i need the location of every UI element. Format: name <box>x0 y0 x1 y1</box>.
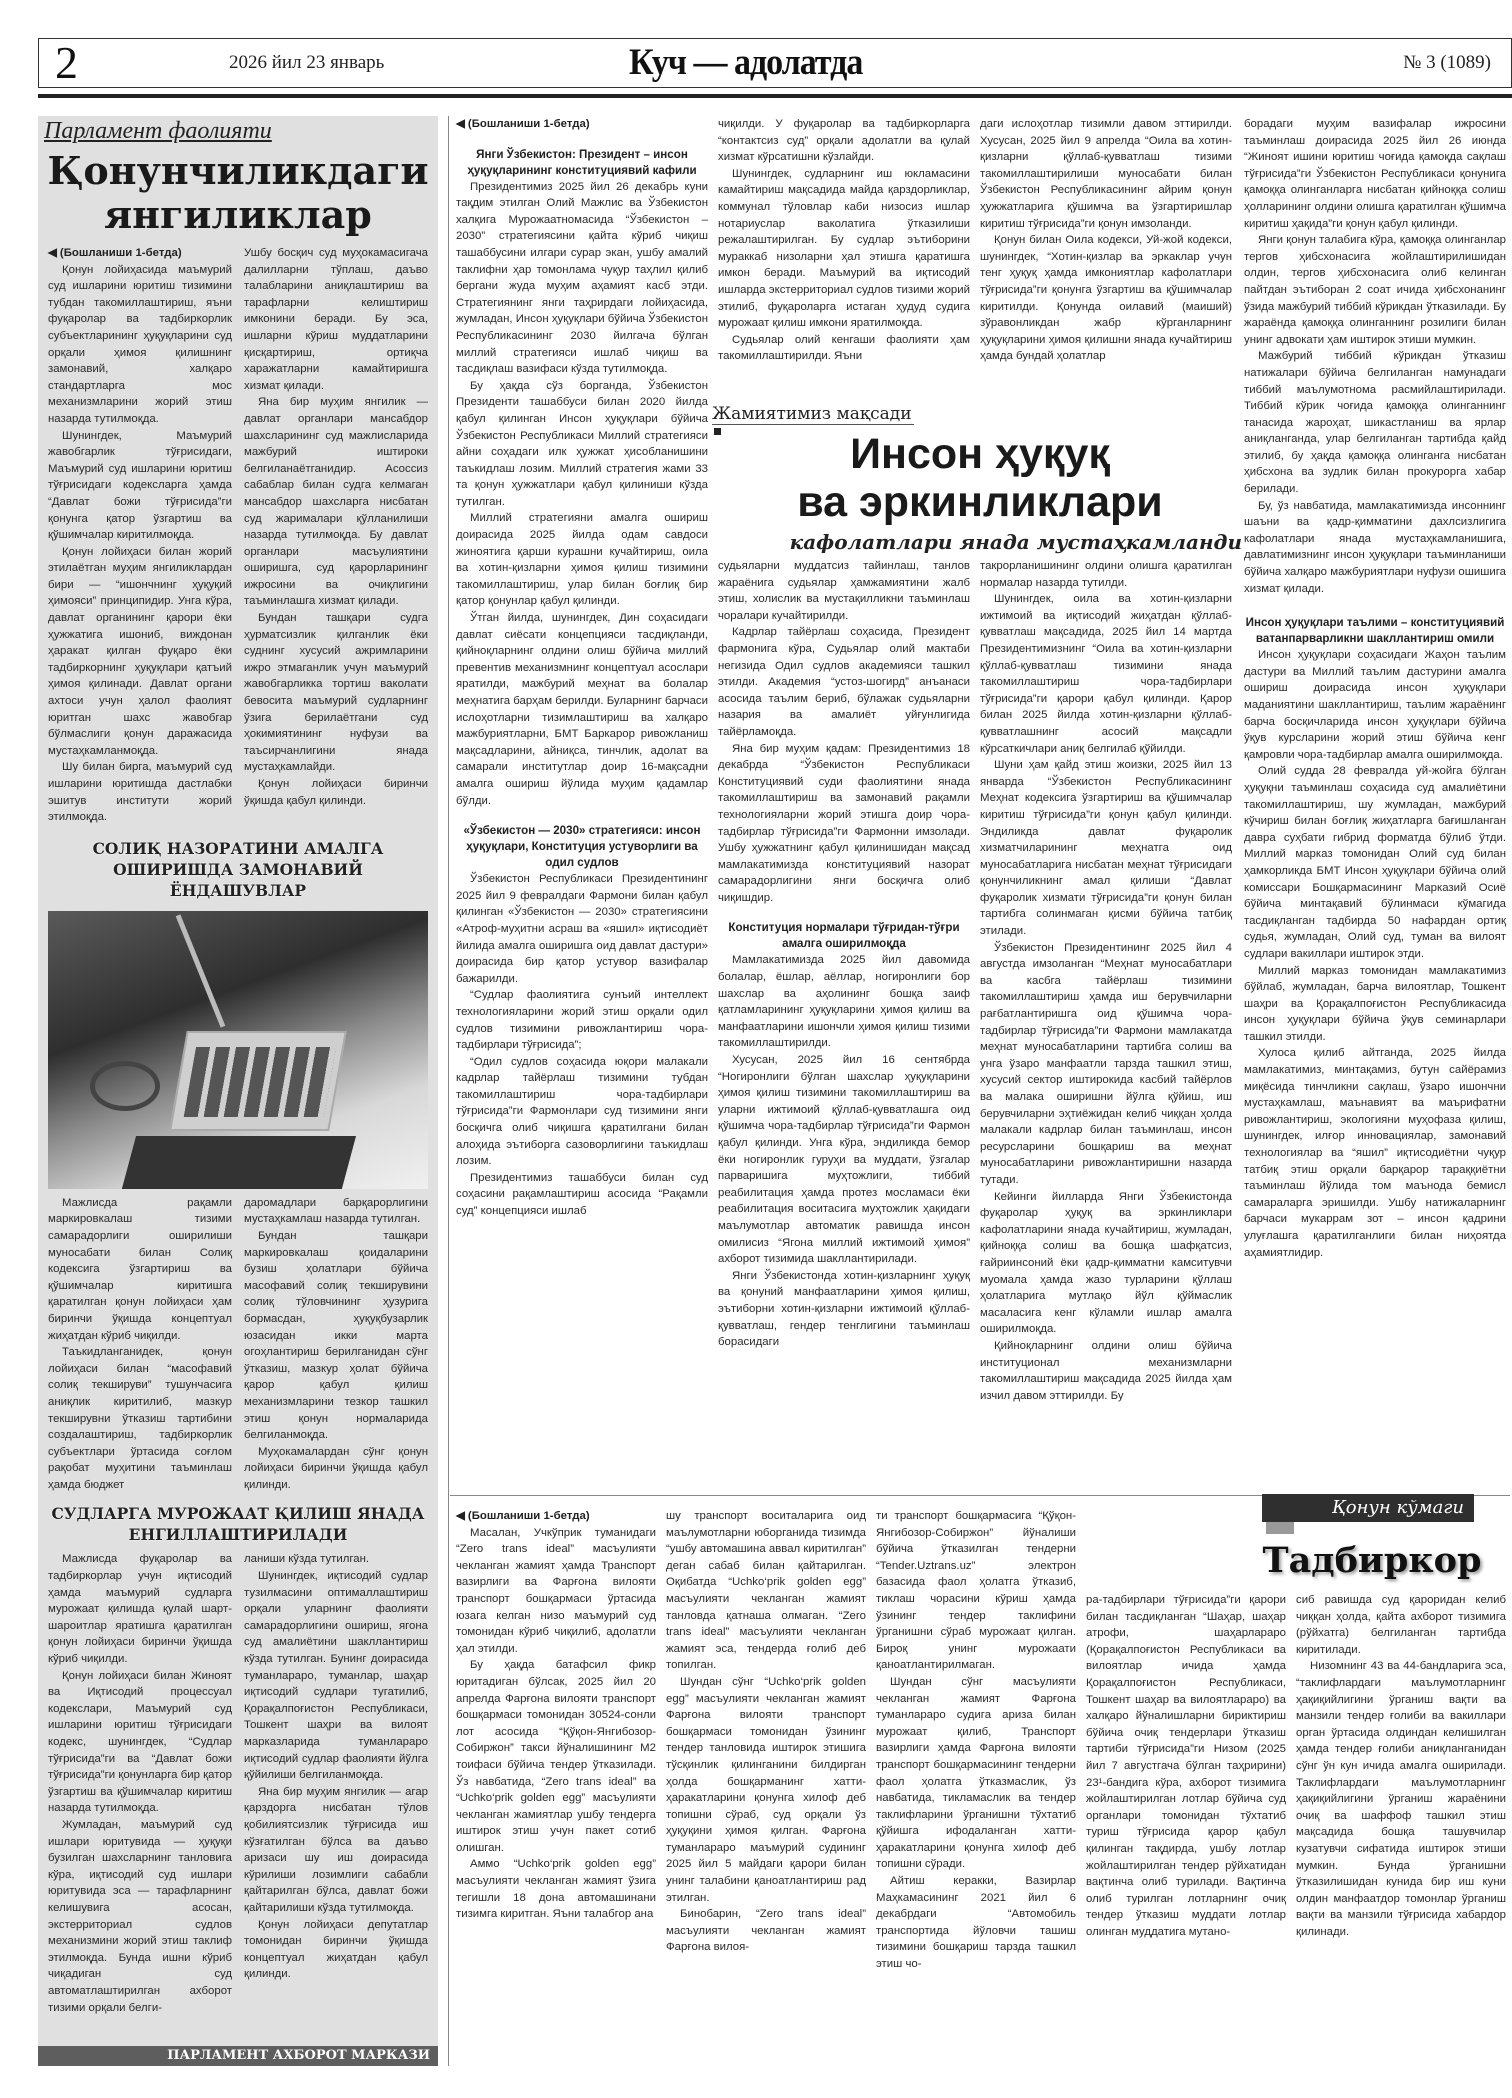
calculator-photo <box>48 911 428 1189</box>
paragraph: Янги қонун талабига кўра, қамоққа олинга… <box>1244 232 1506 348</box>
rubric-headline: Тадбиркор <box>1262 1540 1482 1581</box>
paragraph: Қийноқларнинг олдини олиш бўйича институ… <box>980 1338 1232 1404</box>
source-credit: ПАРЛАМЕНТ АХБОРОТ МАРКАЗИ <box>38 2046 438 2066</box>
parliament-section: Парламент фаолияти Қонунчиликдаги янгили… <box>38 116 438 2066</box>
main-subheadline: кафолатлари янада мустаҳкамланди <box>712 530 1242 554</box>
paragraph: Жумладан, маъмурий суд ишлари юритувида … <box>48 1817 232 2016</box>
paragraph: Масалан, Учкўприк туманидаги “Zero trans… <box>456 1525 656 1658</box>
main-column-c-bottom: такрорланишининг олдини олишга қаратилга… <box>980 558 1232 1404</box>
paragraph: Мажбурий тиббий кўрикдан ўтказиш натижал… <box>1244 348 1506 497</box>
bottom-column-3: ти транспорт бошқармасига “Қўқон-Янгибоз… <box>876 1508 1076 1973</box>
article-body: ◀ (Бошланиши 1-бетда) Қонун лойиҳасида м… <box>38 245 438 826</box>
text-column: Мажлисда рақамли маркировкалаш тизими са… <box>48 1195 232 1494</box>
page-number: 2 <box>39 40 229 86</box>
paragraph: Ўзбекистон Республикаси Президентининг 2… <box>456 871 708 987</box>
paragraph: Қонун лойиҳаси биринчи ўқишда қабул қили… <box>244 776 428 809</box>
courts-article-body: Мажлисда фуқаролар ва тадбиркорлар учун … <box>38 1551 438 2016</box>
main-column-c-top: даги ислоҳотлар тизимли давом эттирилди.… <box>980 116 1232 365</box>
paragraph: Шундан сўнг масъулияти чекланган жамият … <box>876 1674 1076 1873</box>
paragraph: Шуни ҳам қайд этиш жоизки, 2025 йил 13 я… <box>980 757 1232 940</box>
paragraph: Қонун лойиҳаси билан Жиноят ва Иқтисодий… <box>48 1668 232 1817</box>
paragraph: Инсон ҳуқуқлари соҳасидаги Жаҳон таълим … <box>1244 647 1506 763</box>
paragraph: ти транспорт бошқармасига “Қўқон-Янгибоз… <box>876 1508 1076 1674</box>
main-column-b-top: чиқилди. У фуқаролар ва тадбиркорларга “… <box>718 116 970 365</box>
subheading: Янги Ўзбекистон: Президент – инсон ҳуқуқ… <box>456 147 708 179</box>
header-rule <box>38 94 1512 98</box>
article-headline: Қонунчиликдаги янгиликлар <box>38 149 438 237</box>
rubric-kicker: Жамиятимиз мақсади <box>712 404 914 425</box>
courts-headline: СУДЛАРГА МУРОЖААТ ҚИЛИШ ЯНАДА ЕНГИЛЛАШТИ… <box>38 1497 438 1551</box>
paragraph: шу транспорт воситаларига оид маълумотла… <box>666 1508 866 1674</box>
paragraph: Қонун лойиҳаси билан жорий этилаётган му… <box>48 544 232 760</box>
magnifier-shape <box>90 1061 160 1111</box>
paragraph: Бундан ташқари судга ҳурматсизлик қилган… <box>244 610 428 776</box>
headline-line: янгиликлар <box>38 193 438 237</box>
paragraph: Шунингдек, оила ва хотин-қизларни ижтимо… <box>980 591 1232 757</box>
subheading: Конституция нормалари тўғридан-тўғри ама… <box>718 920 970 952</box>
issue-number: № 3 (1089) <box>1209 52 1511 74</box>
paragraph: ра-тадбирлари тўғрисида”ги қарори билан … <box>1086 1592 1286 1940</box>
paragraph: Шунингдек, иқтисодий судлар тузилмасини … <box>244 1568 428 1784</box>
paragraph: Аммо “Uchko‘prik golden egg” масъулияти … <box>456 1856 656 1922</box>
paragraph: Бинобарин, “Zero trans ideal” масъулияти… <box>666 1906 866 1956</box>
paragraph: Хулоса қилиб айтганда, 2025 йилда мамлак… <box>1244 1045 1506 1261</box>
paragraph: Президентимиз 2025 йил 26 декабрь куни т… <box>456 179 708 378</box>
paragraph: Бу ҳақда сўз борганда, Ўзбекистон Презид… <box>456 378 708 511</box>
paragraph: Мамлакатимизда 2025 йил давомида болалар… <box>718 952 970 1052</box>
bottom-column-2: шу транспорт воситаларига оид маълумотла… <box>666 1508 866 1956</box>
masthead: 2 2026 йил 23 январь Куч — адолатда № 3 … <box>38 38 1512 88</box>
paragraph: Қонун лойиҳаси депутатлар томонидан бири… <box>244 1917 428 1983</box>
paragraph: Муҳокамалардан сўнг қонун лойиҳаси бирин… <box>244 1444 428 1494</box>
paragraph: Мажлисда рақамли маркировкалаш тизими са… <box>48 1195 232 1344</box>
bottom-column-5: сиб равишда суд қароридан келиб чиққан ҳ… <box>1296 1592 1506 1940</box>
paragraph: Миллий стратегияни амалга ошириш доираси… <box>456 510 708 610</box>
paragraph: Шундан сўнг “Uchko‘prik golden egg” масъ… <box>666 1674 866 1906</box>
headline-line: Инсон ҳуқуқ <box>720 430 1240 478</box>
main-column-b-bottom: судьяларни муддатсиз тайинлаш, танлов жа… <box>718 558 970 1351</box>
paragraph: Шунингдек, судларнинг иш юкламасини кама… <box>718 166 970 332</box>
newspaper-title: Куч — адолатда <box>629 42 1209 84</box>
main-column-d: борадаги муҳим вазифалар ижросини таъмин… <box>1244 116 1506 1261</box>
paragraph: Ушбу босқич суд муҳокамасигача далилларн… <box>244 245 428 394</box>
pen-shape <box>176 914 226 1027</box>
subheading: Инсон ҳуқуқлари таълими – конституциявий… <box>1244 615 1506 647</box>
bottom-column-1: ◀ (Бошланиши 1-бетда) Масалан, Учкўприк … <box>456 1508 656 1923</box>
tax-article-body: Мажлисда рақамли маркировкалаш тизими са… <box>38 1195 438 1494</box>
main-column-a: ◀ (Бошланиши 1-бетда) Янги Ўзбекистон: П… <box>456 116 708 1220</box>
paragraph: Олий судда 28 февралда уй-жойга бўлган ҳ… <box>1244 763 1506 962</box>
paragraph: Бу ҳақда батафсил фикр юритадиган бўлсак… <box>456 1657 656 1856</box>
paragraph: Кадрлар тайёрлаш соҳасида, Президент фар… <box>718 624 970 740</box>
paragraph: Айтиш керакки, Вазирлар Маҳкамасининг 20… <box>876 1873 1076 1973</box>
calculator-shape <box>169 1031 347 1131</box>
paragraph: Бу, ўз навбатида, мамлакатимизда инсонни… <box>1244 498 1506 598</box>
paragraph: Яна бир муҳим қадам: Президентимиз 18 де… <box>718 741 970 907</box>
paragraph: Кейинги йилларда Янги Ўзбекистонда фуқар… <box>980 1189 1232 1338</box>
paragraph: ланиши кўзда тутилган. <box>244 1551 428 1568</box>
paragraph: “Судлар фаолиятига сунъий интеллект техн… <box>456 987 708 1053</box>
subheading: «Ўзбекистон — 2030» стратегияси: инсон ҳ… <box>456 823 708 871</box>
text-column: ланиши кўзда тутилган. Шунингдек, иқтисо… <box>244 1551 428 2016</box>
paragraph: даги ислоҳотлар тизимли давом эттирилди.… <box>980 116 1232 232</box>
text-column: ◀ (Бошланиши 1-бетда) Қонун лойиҳасида м… <box>48 245 232 826</box>
text-column: Мажлисда фуқаролар ва тадбиркорлар учун … <box>48 1551 232 2016</box>
paragraph: даромадлари барқарорлигини мустаҳкамлаш … <box>244 1195 428 1228</box>
paragraph: Яна бир муҳим янгилик — агар қарздорга н… <box>244 1784 428 1917</box>
continuation-marker: ◀ (Бошланиши 1-бетда) <box>456 116 708 133</box>
paragraph: Қонун лойиҳасида маъмурий суд ишларини ю… <box>48 262 232 428</box>
paragraph: Таъкидланганидек, қонун лойиҳаси билан “… <box>48 1344 232 1493</box>
headline-line: ва эркинликлари <box>720 478 1240 526</box>
bottom-column-4: ра-тадбирлари тўғрисида”ги қарори билан … <box>1086 1592 1286 1940</box>
paragraph: Ўзбекистон Президентининг 2025 йил 4 авг… <box>980 940 1232 1189</box>
paragraph: такрорланишининг олдини олишга қаратилга… <box>980 558 1232 591</box>
headline-line: Қонунчиликдаги <box>38 149 438 193</box>
continuation-marker: ◀ (Бошланиши 1-бетда) <box>456 1508 656 1525</box>
paragraph: Президентимиз ташаббуси билан суд соҳаси… <box>456 1170 708 1220</box>
issue-date: 2026 йил 23 январь <box>229 52 629 74</box>
section-kicker: Парламент фаолияти <box>38 116 438 145</box>
rubric-label: Қонун кўмаги <box>1262 1494 1474 1522</box>
paragraph: чиқилди. У фуқаролар ва тадбиркорларга “… <box>718 116 970 166</box>
paragraph: Шу билан бирга, маъмурий суд ишларини юр… <box>48 759 232 825</box>
paragraph: Хусусан, 2025 йил 16 сентябрда “Ногиронл… <box>718 1052 970 1268</box>
paragraph: Судьялар олий кенгаши фаолияти ҳам таком… <box>718 332 970 365</box>
tax-headline: СОЛИҚ НАЗОРАТИНИ АМАЛГА ОШИРИШДА ЗАМОНАВ… <box>38 832 438 907</box>
text-column: Ушбу босқич суд муҳокамасигача далилларн… <box>244 245 428 826</box>
paragraph: Шунингдек, Маъмурий жавобгарлик тўғрисид… <box>48 428 232 544</box>
column-divider <box>448 116 449 2066</box>
paragraph: Қонун билан Оила кодекси, Уй-жой кодекси… <box>980 232 1232 365</box>
paragraph: Ўтган йилда, шунингдек, Дин соҳасидаги д… <box>456 610 708 809</box>
text-column: даромадлари барқарорлигини мустаҳкамлаш … <box>244 1195 428 1494</box>
paragraph: Мажлисда фуқаролар ва тадбиркорлар учун … <box>48 1551 232 1667</box>
continuation-marker: ◀ (Бошланиши 1-бетда) <box>48 245 232 262</box>
paragraph: Низомнинг 43 ва 44-бандларига эса, “такл… <box>1296 1658 1506 1940</box>
paragraph: Янги Ўзбекистонда хотин-қизларнинг ҳуқуқ… <box>718 1268 970 1351</box>
paragraph: Яна бир муҳим янгилик — давлат органлари… <box>244 394 428 610</box>
paragraph: борадаги муҳим вазифалар ижросини таъмин… <box>1244 116 1506 232</box>
paragraph: “Одил судлов соҳасида юқори малакали кад… <box>456 1054 708 1170</box>
tablet-shape <box>120 1136 356 1189</box>
paragraph: сиб равишда суд қароридан келиб чиққан ҳ… <box>1296 1592 1506 1658</box>
main-headline: Инсон ҳуқуқ ва эркинликлари <box>720 430 1240 526</box>
paragraph: Миллий марказ томонидан мамлакатимиз бўй… <box>1244 963 1506 1046</box>
paragraph: Бундан ташқари маркировкалаш қоидаларини… <box>244 1228 428 1444</box>
paragraph: судьяларни муддатсиз тайинлаш, танлов жа… <box>718 558 970 624</box>
